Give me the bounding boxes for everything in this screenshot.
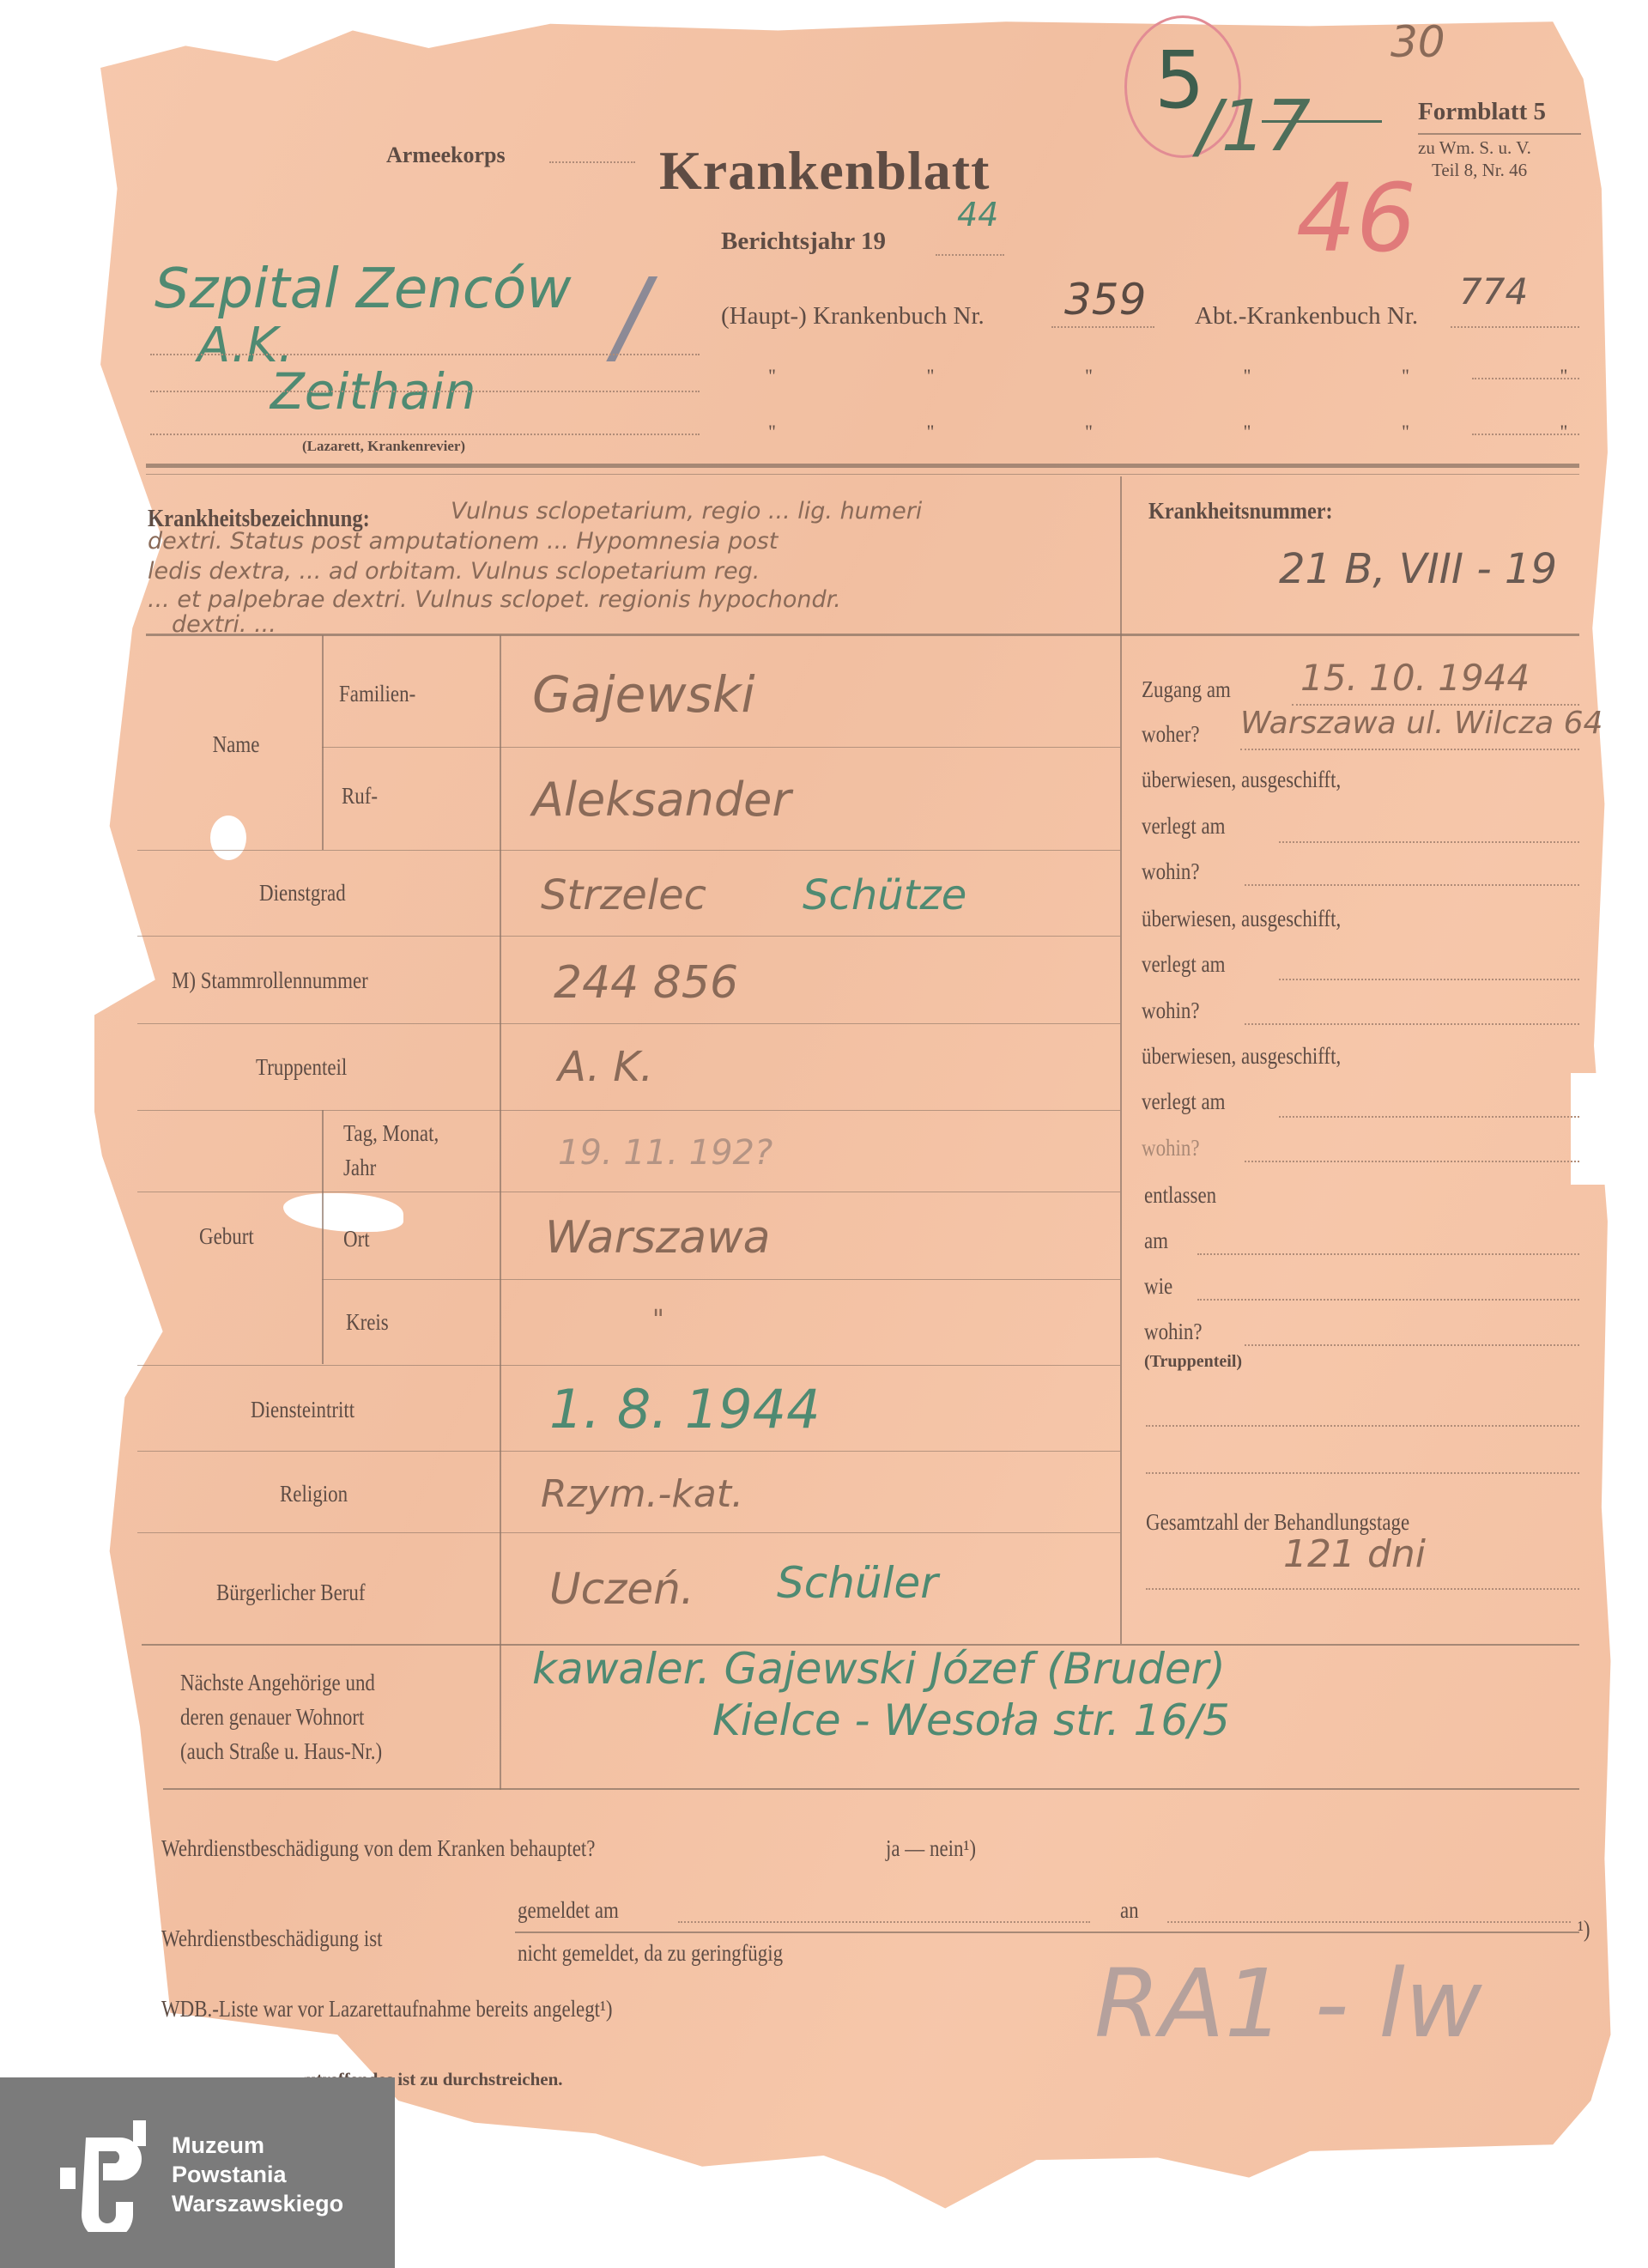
entlassen-wohin-field (1245, 1344, 1579, 1346)
relatives-label-3: (auch Straße u. Haus-Nr.) (180, 1738, 382, 1765)
entlassen-wie-label: wie (1144, 1273, 1172, 1300)
movement-wohin-1: wohin? (1142, 858, 1200, 885)
birth-date-value: 19. 11. 192? (558, 1133, 772, 1173)
movement-verlegt-2: verlegt am (1142, 951, 1225, 978)
truppenteil-field-2 (1146, 1472, 1579, 1474)
zugang-label: Zugang am (1142, 676, 1231, 703)
verlegt-field-1 (1279, 841, 1579, 843)
lazarett-field-3 (150, 434, 700, 435)
formblatt-ref-1: zu Wm. S. u. V. (1418, 137, 1531, 159)
wdb-claimed-options: ja — nein¹) (886, 1835, 976, 1862)
total-days-value: 121 dni (1283, 1532, 1426, 1576)
lazarett-field-1 (150, 354, 700, 355)
birth-place-value: Warszawa (545, 1212, 770, 1264)
armeekorps-field (549, 161, 635, 163)
header-rule-thick (146, 464, 1579, 468)
religion-value: Rzym.-kat. (541, 1472, 743, 1516)
berichtsjahr-label: Berichtsjahr 19 (721, 227, 886, 256)
wdb-reported-on-field (678, 1921, 1090, 1923)
district-label: Kreis (346, 1309, 389, 1336)
museum-name-line-3: Warszawskiego (172, 2189, 343, 2218)
wdb-reported-to-field (1167, 1921, 1571, 1923)
name-label: Name (189, 731, 284, 758)
woher-field (1240, 749, 1579, 750)
entlassen-wie-field (1197, 1299, 1579, 1301)
col-divider-right (1120, 635, 1122, 1644)
armeekorps-label: Armeekorps (386, 143, 506, 168)
formblatt-ref-2: Teil 8, Nr. 46 (1432, 160, 1527, 181)
pw-anchor-icon (51, 2120, 154, 2232)
wdb-reported-to: an (1120, 1897, 1139, 1924)
haupt-krankenbuch-label: (Haupt-) Krankenbuch Nr. (721, 302, 985, 330)
row-line (137, 850, 1120, 851)
col-divider-sub (322, 635, 324, 850)
row-line (137, 1023, 1120, 1024)
entlassen-am-field (1197, 1253, 1579, 1255)
lazarett-stroke: / (614, 258, 648, 377)
punch-hole (210, 816, 246, 860)
haupt-krankenbuch-field (1051, 326, 1154, 328)
movement-ueberwiesen-1: überwiesen, ausgeschifft, (1142, 767, 1341, 793)
row-line (137, 1110, 1120, 1111)
diagnosis-bottom-rule (146, 634, 1579, 636)
rank-label: Dienstgrad (259, 880, 346, 907)
wdb-is-label: Wehrdienstbeschädigung ist (161, 1925, 383, 1952)
unit-label: Truppenteil (256, 1054, 347, 1081)
movement-wohin-2: wohin? (1142, 998, 1200, 1024)
movement-wohin-3: wohin? (1142, 1135, 1200, 1161)
rank-value-german: Schütze (803, 871, 966, 919)
entlassen-wohin-label: wohin? (1144, 1319, 1203, 1345)
wdb-not-reported: nicht gemeldet, da zu geringfügig (518, 1940, 783, 1967)
abt-krankenbuch-value: 774 (1459, 270, 1528, 312)
tear-gap-right (1571, 1073, 1622, 1185)
stammrolle-label: M) Stammrollennummer (172, 967, 368, 994)
entlassen-label: entlassen (1144, 1182, 1216, 1209)
row-line (137, 1532, 1120, 1533)
verlegt-field-3 (1279, 1116, 1579, 1118)
wdb-reported-on: gemeldet am (518, 1897, 619, 1924)
religion-label: Religion (280, 1481, 348, 1507)
zugang-value: 15. 10. 1944 (1300, 657, 1530, 699)
movement-ueberwiesen-3: überwiesen, ausgeschifft, (1142, 1043, 1341, 1070)
relatives-label-2: deren genauer Wohnort (180, 1704, 364, 1731)
movement-ueberwiesen-2: überwiesen, ausgeschifft, (1142, 906, 1341, 932)
abt-krankenbuch-field (1451, 326, 1579, 328)
header-rule-thin (146, 474, 1579, 475)
abt-krankenbuch-label: Abt.-Krankenbuch Nr. (1195, 302, 1418, 330)
archive-number-46: 46 (1296, 163, 1416, 273)
lazarett-caption: (Lazarett, Krankenrevier) (302, 438, 465, 455)
row-line (137, 1365, 1120, 1366)
row-line (137, 1451, 1120, 1452)
diagnosis-line-4: ... et palpebrae dextri. Vulnus sclopet.… (148, 586, 841, 613)
diagnosis-line-1: Vulnus sclopetarium, regio ... lig. hume… (451, 498, 922, 525)
archive-number-30: 30 (1390, 17, 1445, 67)
pencil-note: RA1 - lw (1094, 1949, 1482, 2059)
movement-verlegt-1: verlegt am (1142, 813, 1225, 840)
relatives-value-2: Kielce - Wesoła str. 16/5 (712, 1695, 1230, 1745)
family-name-value: Gajewski (532, 665, 755, 724)
haupt-krankenbuch-value: 359 (1064, 275, 1146, 324)
museum-name-line-1: Muzeum (172, 2131, 343, 2160)
diagnosis-divider (1120, 476, 1122, 635)
wdb-footnote-marker: ¹) (1578, 1916, 1590, 1943)
lazarett-line-1: Szpital Zenców (154, 258, 572, 321)
ditto-field-1 (1472, 378, 1579, 379)
ditto-row-2: " " " " " " (768, 421, 1567, 443)
lazarett-field-2 (150, 391, 700, 392)
diagnosis-line-3: ledis dextra, ... ad orbitam. Vulnus scl… (148, 558, 760, 585)
formblatt-title: Formblatt 5 (1418, 98, 1546, 126)
family-name-label: Familien- (339, 681, 415, 707)
relatives-label-1: Nächste Angehörige und (180, 1670, 375, 1696)
profession-label: Bürgerlicher Beruf (216, 1580, 366, 1606)
profession-value-german: Schüler (777, 1558, 938, 1608)
museum-watermark: Muzeum Powstania Warszawskiego (0, 2077, 395, 2268)
stammrolle-value: 244 856 (554, 957, 738, 1009)
diagnosis-number-value: 21 B, VIII - 19 (1279, 545, 1557, 593)
row-line (322, 1279, 1120, 1280)
col-divider-value (500, 635, 501, 1790)
woher-value: Warszawa ul. Wilcza 64 (1240, 706, 1603, 741)
wohin-field-2 (1245, 1023, 1579, 1025)
page-title: Krankenblatt (659, 139, 990, 203)
berichtsjahr-field (936, 254, 1004, 256)
truppenteil-field-1 (1146, 1425, 1579, 1427)
movement-verlegt-3: verlegt am (1142, 1089, 1225, 1115)
truppenteil-caption: (Truppenteil) (1144, 1352, 1242, 1372)
col-divider-sub-birth (322, 1110, 324, 1364)
birth-place-label: Ort (343, 1226, 370, 1252)
ditto-row-1: " " " " " " (768, 365, 1567, 387)
birth-date-label-2: Jahr (343, 1155, 376, 1181)
district-value: " (652, 1305, 664, 1335)
wohin-field-3 (1245, 1161, 1579, 1162)
ditto-field-2 (1472, 434, 1579, 435)
table-bottom-rule (163, 1788, 1579, 1790)
woher-label: woher? (1142, 721, 1200, 748)
archive-underline (1262, 120, 1382, 123)
first-name-value: Aleksander (532, 773, 791, 827)
total-days-field (1146, 1588, 1579, 1590)
wdb-claimed-label: Wehrdienstbeschädigung von dem Kranken b… (161, 1835, 595, 1862)
service-entry-label: Diensteintritt (251, 1397, 354, 1423)
birth-label: Geburt (199, 1223, 254, 1250)
unit-value: A. K. (558, 1043, 653, 1091)
service-entry-value: 1. 8. 1944 (549, 1378, 821, 1440)
berichtsjahr-value: 44 (957, 196, 998, 233)
profession-value: Uczeń. (549, 1564, 694, 1614)
row-line (137, 936, 1120, 937)
verlegt-field-2 (1279, 979, 1579, 980)
birth-date-label-1: Tag, Monat, (343, 1120, 439, 1147)
wdb-list: WDB.-Liste war vor Lazarettaufnahme bere… (161, 1996, 613, 2022)
formblatt-rule (1418, 133, 1581, 135)
first-name-label: Ruf- (342, 783, 378, 810)
diagnosis-line-2: dextri. Status post amputationem ... Hyp… (148, 528, 778, 555)
diagnosis-number-label: Krankheitsnummer: (1148, 498, 1333, 525)
row-line (322, 747, 1120, 748)
rank-value: Strzelec (541, 871, 706, 919)
entlassen-am-label: am (1144, 1228, 1168, 1254)
row-line (137, 1192, 1120, 1192)
wdb-rule (515, 1931, 1579, 1933)
relatives-value-1: kawaler. Gajewski Józef (Bruder) (532, 1644, 1226, 1694)
wohin-field-1 (1245, 884, 1579, 886)
museum-name-line-2: Powstania (172, 2160, 343, 2189)
archive-number-17: /17 (1197, 86, 1311, 167)
